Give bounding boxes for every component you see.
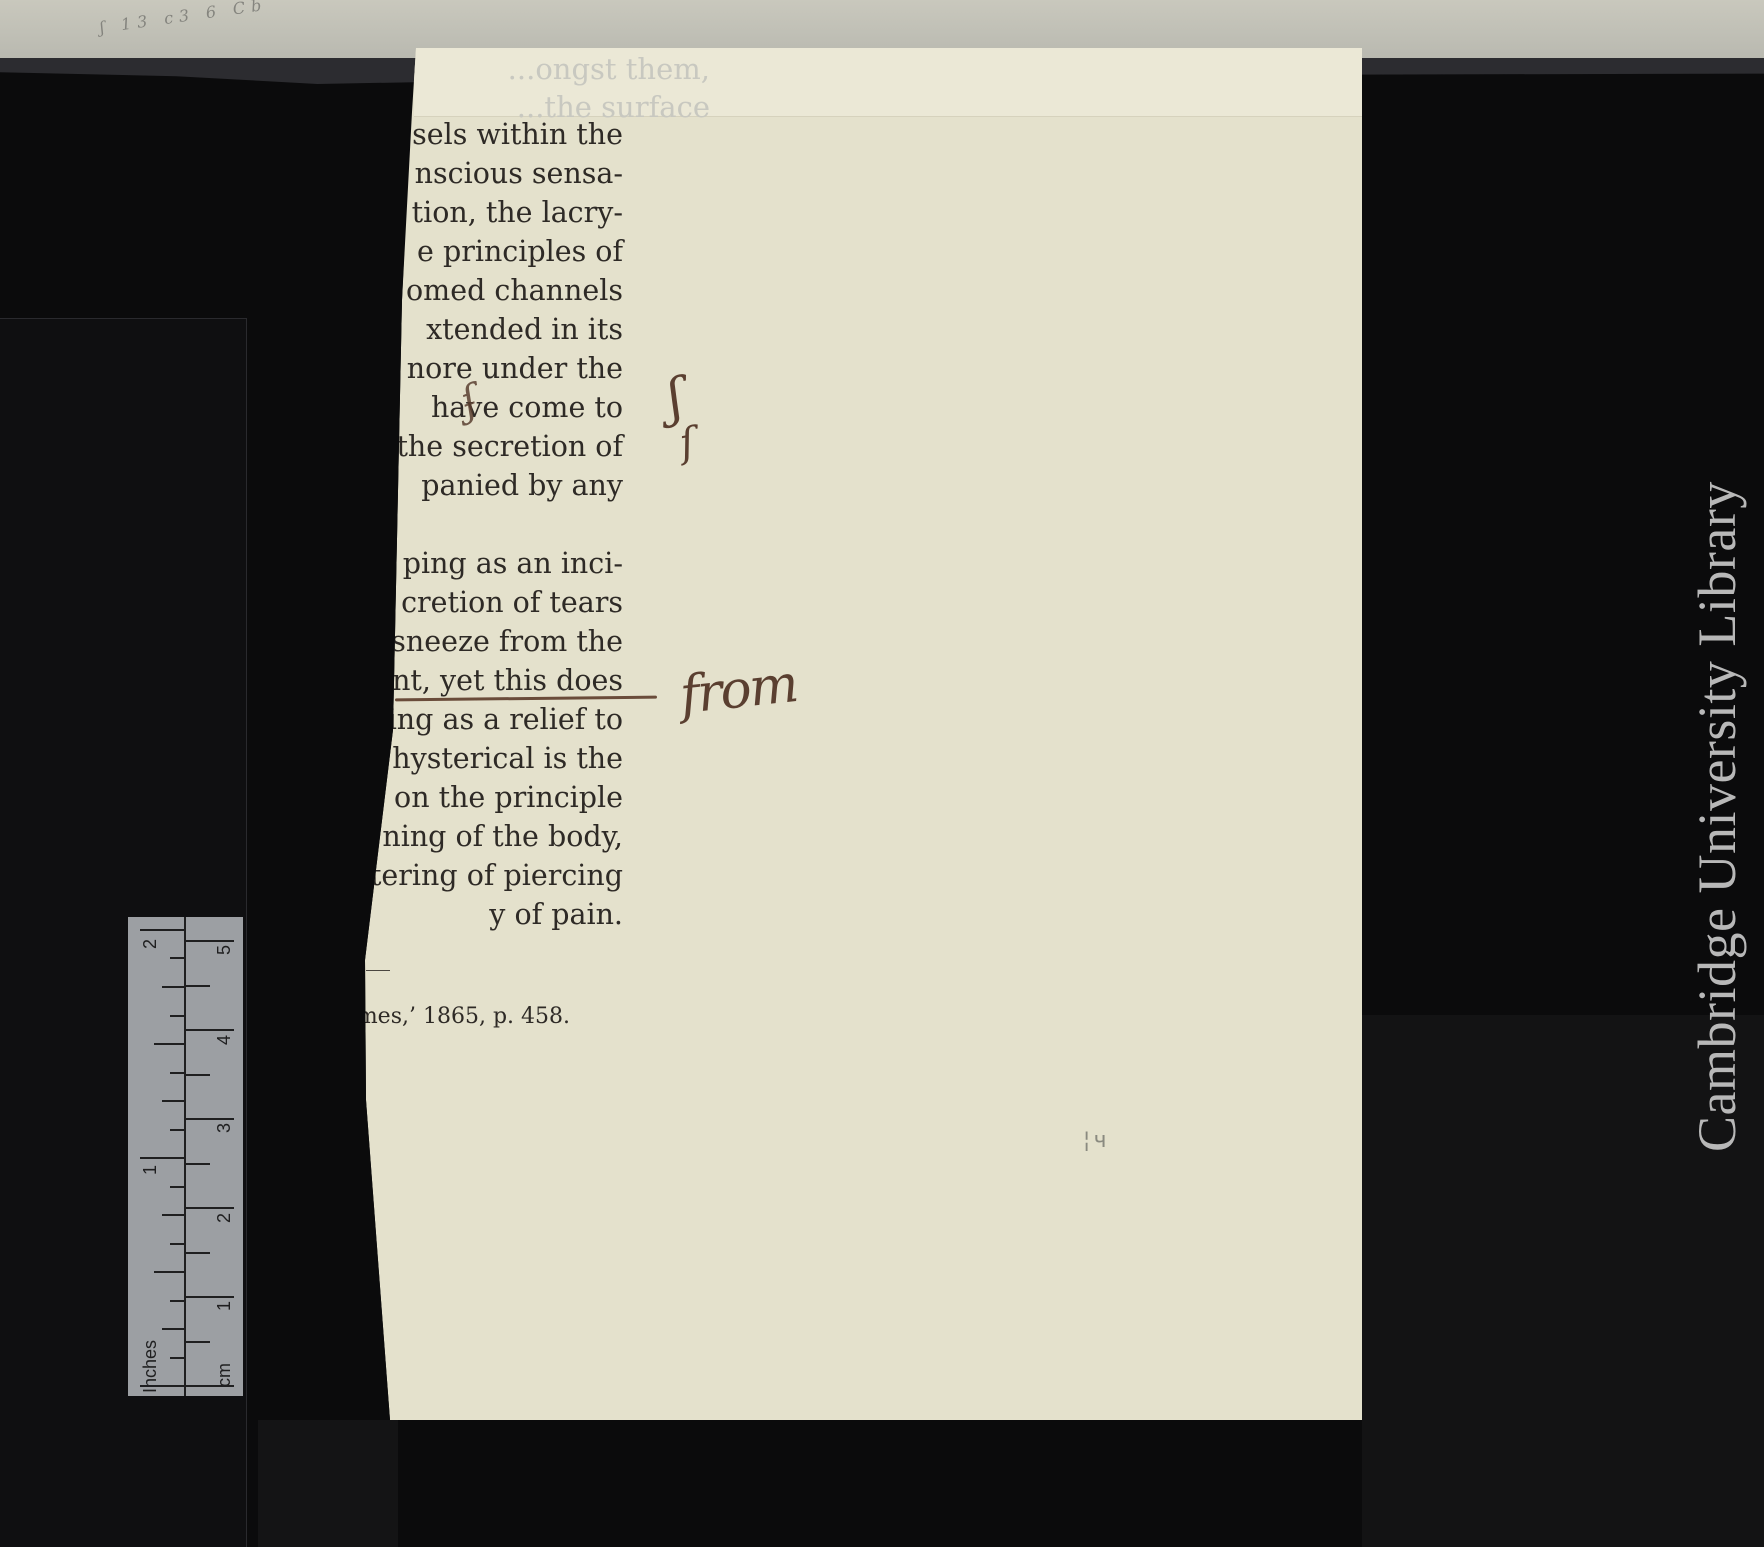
ruler-tick (186, 940, 234, 942)
ruler-tick (186, 1252, 210, 1254)
ruler-tick (186, 1207, 234, 1209)
handwritten-margin-mark: ſ (676, 419, 699, 467)
text-line: panied by any (300, 466, 623, 505)
ruler-tick (162, 1100, 186, 1102)
text-line: ning of the body, (300, 817, 623, 856)
ruler-cm-number: 2 (214, 1213, 235, 1223)
ruler-tick (186, 985, 210, 987)
text-line: tering of piercing (300, 856, 623, 895)
ruler-inches-label: Inches (140, 1340, 161, 1393)
text-line: tion, the lacry- (300, 193, 623, 232)
text-line: xtended in its (300, 310, 623, 349)
scale-ruler: Inches cm 1 2 1 2 3 4 5 (128, 917, 243, 1396)
ruler-tick (162, 1214, 186, 1216)
library-credit: Cambridge University Library (1686, 481, 1748, 1152)
ruler-tick (162, 986, 186, 988)
ruler-tick (140, 929, 186, 931)
ruler-tick (186, 1296, 234, 1298)
text-line: sneeze from the (300, 622, 623, 661)
ruler-tick (186, 1118, 234, 1120)
ruler-tick (186, 1341, 210, 1343)
ruler-tick (170, 957, 186, 959)
ruler-cm-number: 1 (214, 1301, 235, 1311)
ruler-tick (186, 1163, 210, 1165)
top-sheet-handwriting: ʃ 13 c3 6 Cb (98, 0, 361, 58)
ruler-tick (170, 1300, 186, 1302)
ruler-inch-number: 1 (140, 1165, 161, 1175)
ruler-cm-label: cm (214, 1363, 235, 1387)
text-line: y of pain. (300, 895, 623, 934)
bleed-line: ...ongst them, (470, 50, 710, 88)
text-line: omed channels (300, 271, 623, 310)
text-line: on the principle (300, 778, 623, 817)
ruler-tick (170, 1357, 186, 1359)
text-line: nscious sensa- (300, 154, 623, 193)
text-line: the secretion of (300, 427, 623, 466)
ruler-tick (162, 1328, 186, 1330)
text-line: nt, yet this does (300, 661, 623, 700)
handwritten-margin-word: from (677, 654, 799, 726)
ruler-cm-number: 3 (214, 1123, 235, 1133)
text-line: e principles of (300, 232, 623, 271)
text-line: ing as a relief to (300, 700, 623, 739)
ruler-tick (154, 1043, 186, 1045)
ruler-tick (170, 1243, 186, 1245)
text-line: sels within the (300, 115, 623, 154)
ruler-tick (154, 1271, 186, 1273)
footnote-rule (366, 970, 390, 971)
ruler-tick (186, 1074, 210, 1076)
ruler-inch-number: 2 (140, 939, 161, 949)
pencil-mark: ¦ч (1080, 1128, 1107, 1153)
text-line: hysterical is the (300, 739, 623, 778)
paragraph-gap (300, 505, 623, 544)
ruler-tick (170, 1015, 186, 1017)
text-line: ping as an inci- (300, 544, 623, 583)
ruler-tick (140, 1157, 186, 1159)
ruler-tick (170, 1186, 186, 1188)
ruler-cm-number: 4 (214, 1035, 235, 1045)
ruler-tick (186, 1029, 234, 1031)
printed-text-block: sels within the nscious sensa- tion, the… (300, 115, 623, 934)
ruler-tick (170, 1129, 186, 1131)
ruler-cm-number: 5 (214, 945, 235, 955)
ruler-tick (170, 1072, 186, 1074)
text-line: cretion of tears (300, 583, 623, 622)
